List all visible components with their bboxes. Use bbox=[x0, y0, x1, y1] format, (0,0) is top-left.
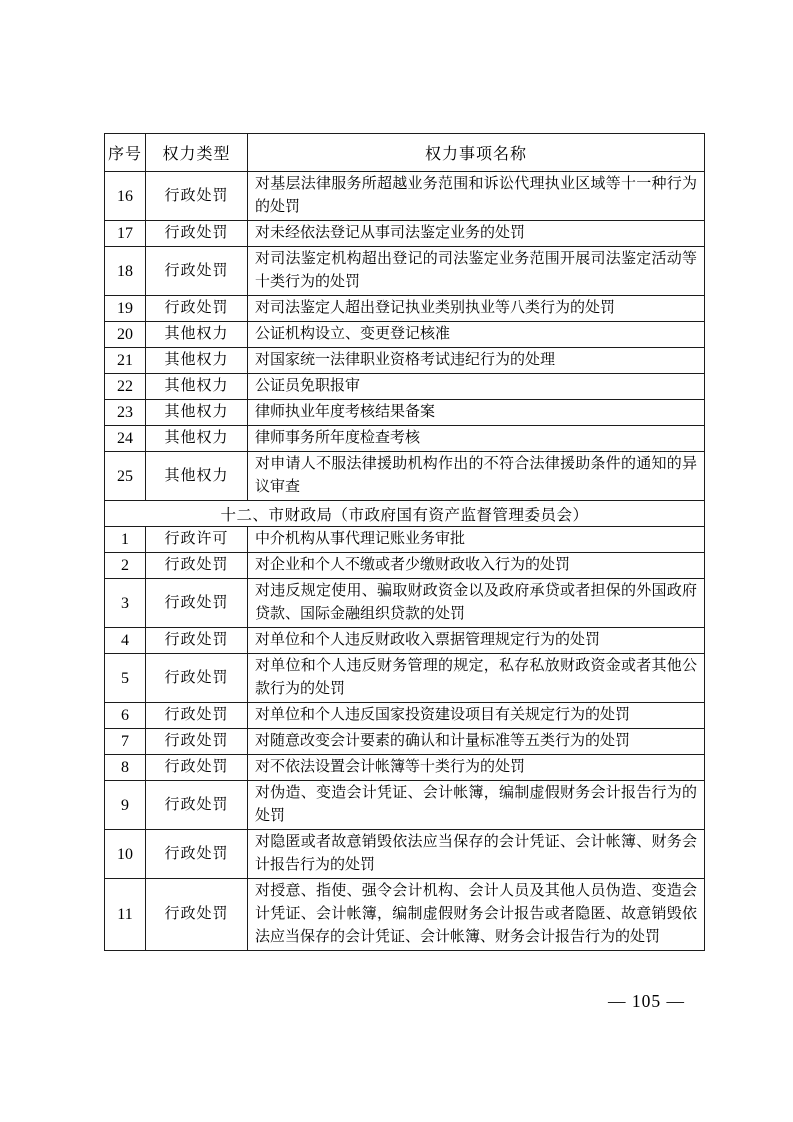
table-row: 20其他权力公证机构设立、变更登记核准 bbox=[105, 322, 705, 348]
table-cell-power-type: 行政处罚 bbox=[146, 553, 248, 579]
header-power-item-name: 权力事项名称 bbox=[248, 134, 705, 172]
table-cell-power-item-name: 对未经依法登记从事司法鉴定业务的处罚 bbox=[248, 221, 705, 247]
table-row: 19行政处罚对司法鉴定人超出登记执业类别执业等八类行为的处罚 bbox=[105, 296, 705, 322]
table-cell-power-item-name: 公证机构设立、变更登记核准 bbox=[248, 322, 705, 348]
table-row: 23其他权力律师执业年度考核结果备案 bbox=[105, 400, 705, 426]
table-row: 9行政处罚对伪造、变造会计凭证、会计帐簿，编制虚假财务会计报告行为的处罚 bbox=[105, 781, 705, 830]
rights-table: 序号 权力类型 权力事项名称 16行政处罚对基层法律服务所超越业务范围和诉讼代理… bbox=[104, 133, 705, 951]
table-cell-serial-number: 19 bbox=[105, 296, 146, 322]
table-cell-serial-number: 23 bbox=[105, 400, 146, 426]
section-title: 十二、市财政局（市政府国有资产监督管理委员会） bbox=[105, 501, 705, 527]
table-cell-power-type: 其他权力 bbox=[146, 374, 248, 400]
table-cell-power-type: 其他权力 bbox=[146, 348, 248, 374]
table-cell-serial-number: 20 bbox=[105, 322, 146, 348]
table-row: 2行政处罚对企业和个人不缴或者少缴财政收入行为的处罚 bbox=[105, 553, 705, 579]
table-row: 21其他权力对国家统一法律职业资格考试违纪行为的处理 bbox=[105, 348, 705, 374]
table-cell-power-item-name: 对司法鉴定人超出登记执业类别执业等八类行为的处罚 bbox=[248, 296, 705, 322]
table-cell-serial-number: 24 bbox=[105, 426, 146, 452]
table-cell-power-item-name: 对伪造、变造会计凭证、会计帐簿，编制虚假财务会计报告行为的处罚 bbox=[248, 781, 705, 830]
table-cell-power-item-name: 对违反规定使用、骗取财政资金以及政府承贷或者担保的外国政府贷款、国际金融组织贷款… bbox=[248, 579, 705, 628]
table-cell-serial-number: 21 bbox=[105, 348, 146, 374]
table-cell-serial-number: 4 bbox=[105, 628, 146, 654]
table-row: 25其他权力对申请人不服法律援助机构作出的不符合法律援助条件的通知的异议审查 bbox=[105, 452, 705, 501]
table-cell-serial-number: 9 bbox=[105, 781, 146, 830]
table-row: 3行政处罚对违反规定使用、骗取财政资金以及政府承贷或者担保的外国政府贷款、国际金… bbox=[105, 579, 705, 628]
table-cell-power-type: 其他权力 bbox=[146, 400, 248, 426]
table-cell-power-type: 行政处罚 bbox=[146, 830, 248, 879]
header-serial-number: 序号 bbox=[105, 134, 146, 172]
table-cell-power-item-name: 公证员免职报审 bbox=[248, 374, 705, 400]
table-cell-serial-number: 3 bbox=[105, 579, 146, 628]
table-cell-power-type: 其他权力 bbox=[146, 426, 248, 452]
table-row: 5行政处罚对单位和个人违反财务管理的规定，私存私放财政资金或者其他公款行为的处罚 bbox=[105, 654, 705, 703]
table-cell-power-item-name: 对授意、指使、强令会计机构、会计人员及其他人员伪造、变造会计凭证、会计帐簿，编制… bbox=[248, 879, 705, 951]
table-cell-power-item-name: 对企业和个人不缴或者少缴财政收入行为的处罚 bbox=[248, 553, 705, 579]
table-cell-power-type: 行政处罚 bbox=[146, 781, 248, 830]
table-cell-power-type: 行政处罚 bbox=[146, 879, 248, 951]
table-cell-power-item-name: 律师事务所年度检查考核 bbox=[248, 426, 705, 452]
table-cell-power-item-name: 对申请人不服法律援助机构作出的不符合法律援助条件的通知的异议审查 bbox=[248, 452, 705, 501]
table-row: 8行政处罚对不依法设置会计帐簿等十类行为的处罚 bbox=[105, 755, 705, 781]
table-cell-power-type: 行政许可 bbox=[146, 527, 248, 553]
table-row: 1行政许可中介机构从事代理记账业务审批 bbox=[105, 527, 705, 553]
table-cell-power-type: 其他权力 bbox=[146, 452, 248, 501]
table-cell-power-item-name: 律师执业年度考核结果备案 bbox=[248, 400, 705, 426]
table-row: 22其他权力公证员免职报审 bbox=[105, 374, 705, 400]
table-row: 11行政处罚对授意、指使、强令会计机构、会计人员及其他人员伪造、变造会计凭证、会… bbox=[105, 879, 705, 951]
table-cell-power-item-name: 对隐匿或者故意销毁依法应当保存的会计凭证、会计帐簿、财务会计报告行为的处罚 bbox=[248, 830, 705, 879]
table-row: 16行政处罚对基层法律服务所超越业务范围和诉讼代理执业区域等十一种行为的处罚 bbox=[105, 172, 705, 221]
table-cell-serial-number: 7 bbox=[105, 729, 146, 755]
table-cell-power-type: 行政处罚 bbox=[146, 729, 248, 755]
table-cell-serial-number: 18 bbox=[105, 247, 146, 296]
table-cell-serial-number: 11 bbox=[105, 879, 146, 951]
rights-table-body: 16行政处罚对基层法律服务所超越业务范围和诉讼代理执业区域等十一种行为的处罚17… bbox=[105, 172, 705, 951]
table-cell-power-type: 行政处罚 bbox=[146, 628, 248, 654]
table-cell-power-item-name: 对不依法设置会计帐簿等十类行为的处罚 bbox=[248, 755, 705, 781]
table-cell-serial-number: 17 bbox=[105, 221, 146, 247]
table-cell-power-type: 行政处罚 bbox=[146, 221, 248, 247]
table-cell-power-item-name: 中介机构从事代理记账业务审批 bbox=[248, 527, 705, 553]
table-cell-power-item-name: 对基层法律服务所超越业务范围和诉讼代理执业区域等十一种行为的处罚 bbox=[248, 172, 705, 221]
table-row: 4行政处罚对单位和个人违反财政收入票据管理规定行为的处罚 bbox=[105, 628, 705, 654]
header-power-type: 权力类型 bbox=[146, 134, 248, 172]
table-cell-power-item-name: 对单位和个人违反财政收入票据管理规定行为的处罚 bbox=[248, 628, 705, 654]
table-cell-serial-number: 16 bbox=[105, 172, 146, 221]
table-cell-power-item-name: 对单位和个人违反财务管理的规定，私存私放财政资金或者其他公款行为的处罚 bbox=[248, 654, 705, 703]
table-cell-serial-number: 22 bbox=[105, 374, 146, 400]
table-cell-serial-number: 8 bbox=[105, 755, 146, 781]
table-cell-serial-number: 2 bbox=[105, 553, 146, 579]
table-cell-serial-number: 6 bbox=[105, 703, 146, 729]
table-cell-serial-number: 1 bbox=[105, 527, 146, 553]
table-row: 18行政处罚对司法鉴定机构超出登记的司法鉴定业务范围开展司法鉴定活动等十类行为的… bbox=[105, 247, 705, 296]
table-row: 6行政处罚对单位和个人违反国家投资建设项目有关规定行为的处罚 bbox=[105, 703, 705, 729]
table-cell-power-type: 其他权力 bbox=[146, 322, 248, 348]
table-cell-power-item-name: 对随意改变会计要素的确认和计量标准等五类行为的处罚 bbox=[248, 729, 705, 755]
table-row: 17行政处罚对未经依法登记从事司法鉴定业务的处罚 bbox=[105, 221, 705, 247]
table-cell-power-item-name: 对司法鉴定机构超出登记的司法鉴定业务范围开展司法鉴定活动等十类行为的处罚 bbox=[248, 247, 705, 296]
table-cell-power-type: 行政处罚 bbox=[146, 654, 248, 703]
table-cell-serial-number: 10 bbox=[105, 830, 146, 879]
table-cell-power-type: 行政处罚 bbox=[146, 703, 248, 729]
table-cell-power-type: 行政处罚 bbox=[146, 247, 248, 296]
table-row: 7行政处罚对随意改变会计要素的确认和计量标准等五类行为的处罚 bbox=[105, 729, 705, 755]
table-cell-power-item-name: 对单位和个人违反国家投资建设项目有关规定行为的处罚 bbox=[248, 703, 705, 729]
table-row: 24其他权力律师事务所年度检查考核 bbox=[105, 426, 705, 452]
table-header-row: 序号 权力类型 权力事项名称 bbox=[105, 134, 705, 172]
section-header-row: 十二、市财政局（市政府国有资产监督管理委员会） bbox=[105, 501, 705, 527]
table-cell-power-type: 行政处罚 bbox=[146, 296, 248, 322]
page-number: — 105 — bbox=[608, 991, 685, 1012]
table-cell-power-type: 行政处罚 bbox=[146, 172, 248, 221]
table-cell-power-type: 行政处罚 bbox=[146, 755, 248, 781]
table-cell-serial-number: 25 bbox=[105, 452, 146, 501]
table-row: 10行政处罚对隐匿或者故意销毁依法应当保存的会计凭证、会计帐簿、财务会计报告行为… bbox=[105, 830, 705, 879]
table-cell-power-type: 行政处罚 bbox=[146, 579, 248, 628]
table-cell-serial-number: 5 bbox=[105, 654, 146, 703]
table-cell-power-item-name: 对国家统一法律职业资格考试违纪行为的处理 bbox=[248, 348, 705, 374]
